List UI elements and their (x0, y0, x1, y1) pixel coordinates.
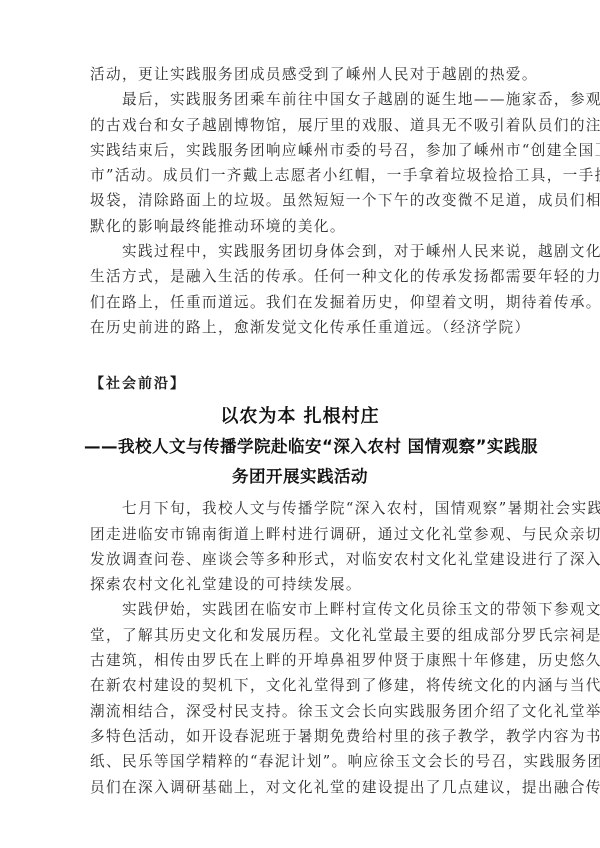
document-page: 活动，更让实践服务团成员感受到了嵊州人民对于越剧的热爱。 最后，实践服务团乘车前… (90, 62, 510, 800)
text-line: 七月下旬，我校人文与传播学院“深入农村，国情观察”暑期社会实践服务 (90, 496, 510, 521)
paragraph: 最后，实践服务团乘车前往中国女子越剧的诞生地——施家岙，参观了当地 的古戏台和女… (90, 87, 510, 239)
text-line: 探索农村文化礼堂建设的可持续发展。 (90, 572, 510, 597)
text-line: 纸、民乐等国学精粹的“春泥计划”。响应徐玉文会长的号召，实践服务团的成 (90, 749, 510, 774)
text-line: 最后，实践服务团乘车前往中国女子越剧的诞生地——施家岙，参观了当地 (90, 87, 510, 112)
text-line: 潮流相结合，深受村民支持。徐玉文会长向实践服务团介绍了文化礼堂举办的众 (90, 699, 510, 724)
text-line: 团走进临安市锦南街道上畔村进行调研，通过文化礼堂参观、与民众亲切交谈、 (90, 522, 510, 547)
article-subtitle-line: ——我校人文与传播学院赴临安“深入农村 国情观察”实践服 (84, 432, 516, 462)
text-line: 活动，更让实践服务团成员感受到了嵊州人民对于越剧的热爱。 (90, 62, 510, 87)
text-line: 多特色活动，如开设春泥班于暑期免费给村里的孩子教学，教学内容为书法、剪 (90, 724, 510, 749)
text-line: 发放调查问卷、座谈会等多种形式，对临安农村文化礼堂建设进行了深入调查， (90, 547, 510, 572)
article-title: 以农为本 扎根村庄 (90, 402, 510, 432)
text-line: 圾袋，清除路面上的垃圾。虽然短短一个下午的改变微不足道，成员们相信潜移 (90, 188, 510, 213)
text-line: 在新农村建设的契机下，文化礼堂得到了修建，将传统文化的内涵与当代文化的 (90, 673, 510, 698)
paragraph: 实践过程中，实践服务团切身体会到，对于嵊州人民来说，越剧文化是一种 生活方式，是… (90, 239, 510, 340)
article-economics-continued: 活动，更让实践服务团成员感受到了嵊州人民对于越剧的热爱。 最后，实践服务团乘车前… (90, 62, 510, 340)
text-line: 古建筑，相传由罗氏在上畔的开埠鼻祖罗仲贤于康熙十年修建，历史悠久。近年 (90, 648, 510, 673)
section-tag: 【社会前沿】 (90, 370, 510, 398)
paragraph: 七月下旬，我校人文与传播学院“深入农村，国情观察”暑期社会实践服务 团走进临安市… (90, 496, 510, 597)
text-line: 实践结束后，实践服务团响应嵊州市委的号召，参加了嵊州市“创建全国卫生城 (90, 138, 510, 163)
text-line: 市”活动。成员们一齐戴上志愿者小红帽，一手拿着垃圾捡拾工具，一手提着垃 (90, 163, 510, 188)
paragraph: 实践伊始，实践团在临安市上畔村宣传文化员徐玉文的带领下参观文化礼 堂，了解其历史… (90, 597, 510, 799)
article-subtitle-line: 务团开展实践活动 (90, 462, 510, 492)
paragraph: 活动，更让实践服务团成员感受到了嵊州人民对于越剧的热爱。 (90, 62, 510, 87)
text-line: 默化的影响最终能推动环境的美化。 (90, 214, 510, 239)
text-line: 堂，了解其历史文化和发展历程。文化礼堂最主要的组成部分罗氏宗祠是清代的 (90, 623, 510, 648)
text-line: 在历史前进的路上，愈渐发觉文化传承任重道远。（经济学院） (90, 315, 510, 340)
text-line: 们在路上，任重而道远。我们在发掘着历史，仰望着文明，期待着传承。我们走 (90, 290, 510, 315)
text-line: 的古戏台和女子越剧博物馆，展厅里的戏服、道具无不吸引着队员们的注意力。 (90, 113, 510, 138)
article-humanities: 以农为本 扎根村庄 ——我校人文与传播学院赴临安“深入农村 国情观察”实践服 务… (90, 402, 510, 800)
text-line: 生活方式，是融入生活的传承。任何一种文化的传承发扬都需要年轻的力量，我 (90, 264, 510, 289)
text-line: 实践伊始，实践团在临安市上畔村宣传文化员徐玉文的带领下参观文化礼 (90, 597, 510, 622)
text-line: 员们在深入调研基础上，对文化礼堂的建设提出了几点建议，提出融合传统文化 (90, 775, 510, 800)
text-line: 实践过程中，实践服务团切身体会到，对于嵊州人民来说，越剧文化是一种 (90, 239, 510, 264)
